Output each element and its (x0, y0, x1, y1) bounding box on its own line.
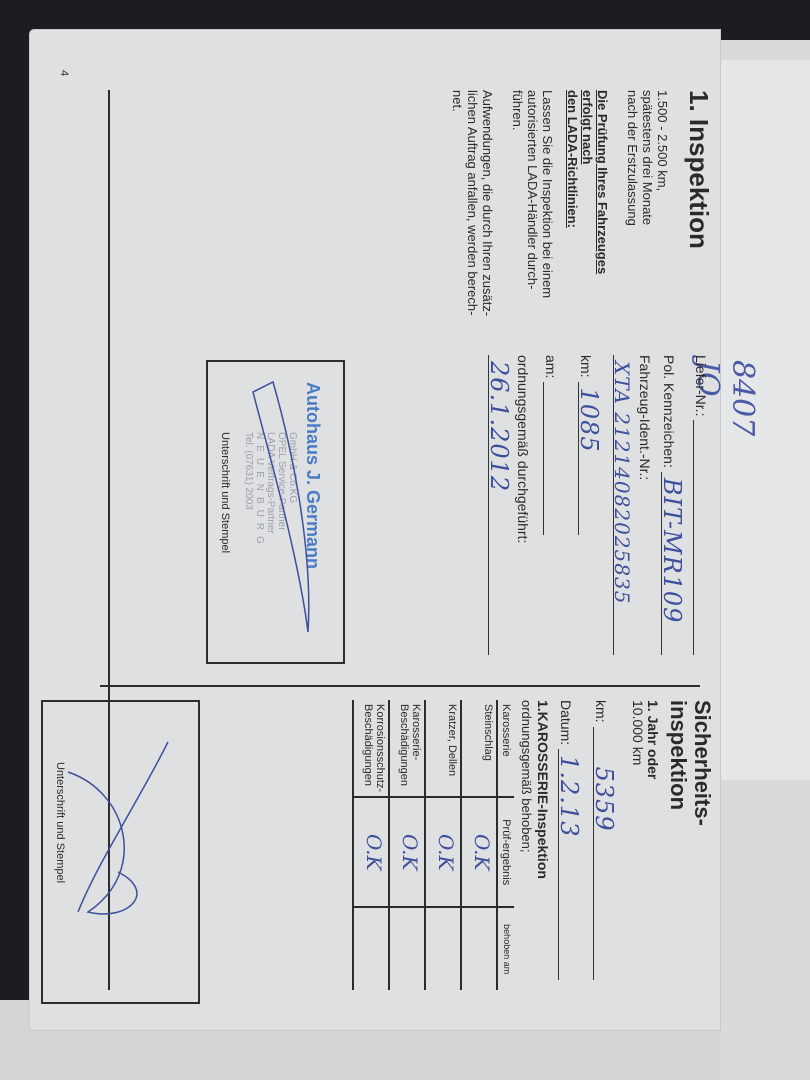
fahrzeug-ident-field[interactable]: XTA 21214082025835 (613, 355, 630, 655)
signature-scribble (58, 712, 188, 992)
first-inspection-signature-box[interactable]: Autohaus J. Germann GmbH & Co.KG OPEL Se… (206, 360, 345, 664)
kennzeichen-field[interactable]: Pol. Kennzeichen: BIT-MR109 (661, 355, 678, 655)
guideline-heading: Die Prüfung Ihres Fahrzeuges erfolgt nac… (565, 90, 610, 274)
safety-datum-field[interactable]: Datum: 1.2.13 (558, 700, 575, 980)
karosserie-subheading: ordnungsgemäß behoben; (519, 700, 534, 853)
safety-km-field[interactable]: km: 5359 (593, 700, 610, 980)
safety-signature-box[interactable]: Unterschrift und Stempel (41, 700, 200, 1004)
karosserie-table: Karosserie Prüf-ergebnis behoben am Stei… (352, 700, 514, 990)
karosserie-heading: 1.KAROSSERIE-Inspektion (535, 700, 550, 879)
table-header: Karosserie Prüf-ergebnis behoben am (497, 700, 514, 990)
durchgefuehrt-label: ordnungsgemäß durchgeführt: (515, 355, 530, 543)
durchgefuehrt-field[interactable]: 26.1.2012 (488, 355, 505, 655)
cost-note: Aufwendungen, die durch Ihren zusätz- li… (450, 90, 495, 316)
am-field[interactable]: am: (543, 355, 560, 535)
table-row: Kratzer, Dellen O.K (425, 700, 461, 990)
signature-caption: Unterschrift und Stempel (219, 432, 231, 553)
first-inspection-interval: 1.500 - 2.500 km, spätestens drei Monate… (625, 90, 670, 226)
signature-caption: Unterschrift und Stempel (54, 762, 66, 883)
liefer-nr-field[interactable]: Liefer-Nr.: (693, 355, 710, 655)
signature-scribble (223, 372, 333, 652)
safety-interval: 1. Jahr oder 10.000 km (630, 700, 660, 779)
rotated-document: 4 1. Inspektion 1.500 - 2.500 km, spätes… (30, 30, 720, 1030)
section-divider (100, 685, 700, 687)
safety-inspection-title: Sicherheits- inspektion (666, 700, 714, 826)
page-number: 4 (58, 70, 70, 76)
table-row: Karosserie-Beschädigungen O.K (389, 700, 425, 990)
fahrzeug-ident-label: Fahrzeug-Ident.-Nr.: (637, 355, 652, 480)
table-row: Korrosionsschutz-Beschädigungen O.K (353, 700, 389, 990)
instruction-text: Lassen Sie die Inspektion bei einem auto… (510, 90, 555, 298)
table-row: Steinschlag O.K (461, 700, 497, 990)
km-field[interactable]: km: 1085 (578, 355, 595, 535)
first-inspection-title: 1. Inspektion (683, 90, 714, 249)
